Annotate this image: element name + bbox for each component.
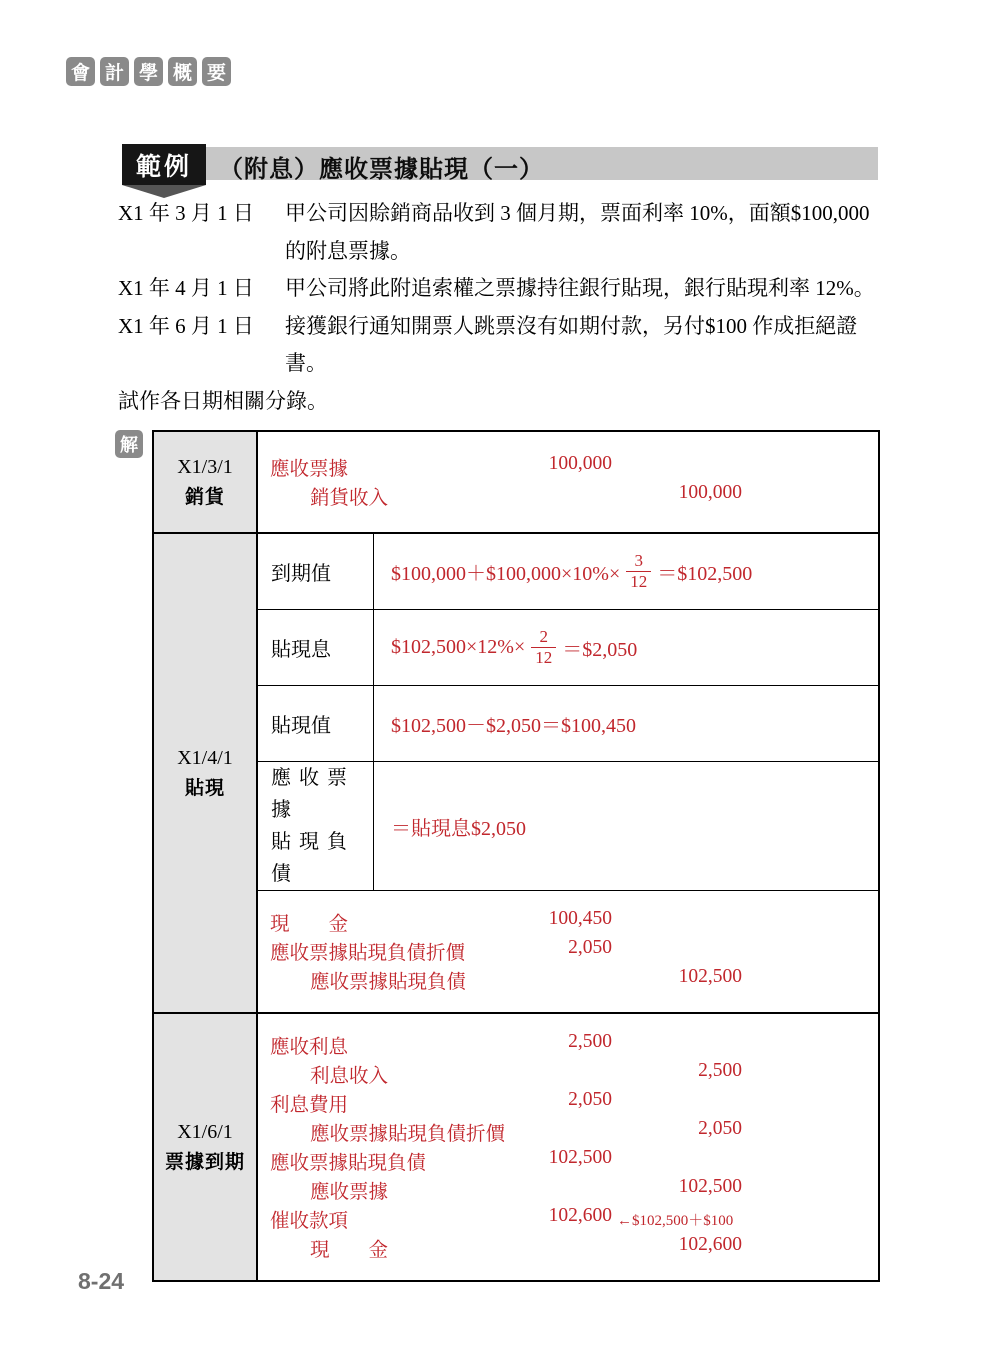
journal-credit: 102,600 (622, 1234, 742, 1256)
problem-text: 接獲銀行通知開票人跳票沒有如期付款，另付$100 作成拒絕證書。 (285, 308, 890, 383)
calc-label: 貼現息 (258, 610, 374, 685)
journal-account: 催收款項 (270, 1205, 348, 1233)
journal-account: 應收票據 (270, 453, 348, 481)
journal-line: 應收票據 100,000 (270, 453, 878, 482)
journal-line: 利息費用 2,050 (270, 1089, 878, 1118)
journal-account: 利息收入 (270, 1060, 388, 1088)
book-title-logo: 會 計 學 概 要 (66, 57, 231, 86)
fraction-numerator: 2 (535, 627, 552, 647)
journal-debit: 2,500 (492, 1031, 612, 1053)
formula-text: ＝貼現息$2,050 (391, 812, 526, 841)
journal-account: 現 金 (270, 1234, 388, 1262)
problem-text-line: 甲公司因賒銷商品收到 3 個月期，票面利率 10%，面額$100,000 (285, 201, 870, 225)
formula-text: ＝$2,050 (562, 633, 637, 662)
section-header: X1/3/1 銷貨 (154, 432, 258, 532)
solution-badge: 解 (115, 430, 143, 458)
journal-line: 現 金 102,600 (270, 1234, 878, 1263)
section-label: 銷貨 (185, 482, 225, 509)
problem-item: X1 年 3 月 1 日 甲公司因賒銷商品收到 3 個月期，票面利率 10%，面… (118, 195, 890, 270)
calc-row-maturity-value: 到期值 $100,000＋$100,000×10%× 312 ＝$102,500 (258, 534, 878, 610)
calc-label-text: 貼現值 (271, 709, 373, 738)
section-date: X1/3/1 (177, 456, 233, 479)
journal-credit: 2,500 (622, 1060, 742, 1082)
section-header: X1/4/1 貼現 (154, 534, 258, 1012)
problem-text-line: 書。 (285, 345, 890, 383)
fraction-denominator: 12 (531, 647, 556, 668)
calc-formula: $102,500×12%× 212 ＝$2,050 (374, 610, 878, 685)
journal-credit: 102,500 (622, 1176, 742, 1198)
problem-date: X1 年 4 月 1 日 (118, 270, 285, 308)
journal-line: 應收利息 2,500 (270, 1031, 878, 1060)
problem-statement: X1 年 3 月 1 日 甲公司因賒銷商品收到 3 個月期，票面利率 10%，面… (118, 195, 890, 421)
problem-item: X1 年 6 月 1 日 接獲銀行通知開票人跳票沒有如期付款，另付$100 作成… (118, 308, 890, 383)
section-body: 應收利息 2,500 利息收入 2,500 利息費用 2,050 應收票據貼現負… (258, 1014, 878, 1280)
calc-row-discount-liability: 應收票據 貼現負債 ＝貼現息$2,050 (258, 762, 878, 891)
problem-item: X1 年 4 月 1 日 甲公司將此附追索權之票據持往銀行貼現，銀行貼現利率 1… (118, 270, 890, 308)
journal-account: 應收票據貼現負債 (270, 1147, 426, 1175)
calc-formula: $102,500－$2,050＝$100,450 (374, 686, 878, 761)
section-date: X1/4/1 (177, 747, 233, 770)
book-title-char: 學 (134, 57, 163, 86)
journal-line: 銷貨收入 100,000 (270, 482, 878, 511)
journal-account: 應收票據 (270, 1176, 388, 1204)
fraction: 212 (531, 627, 556, 669)
journal-note: ←$102,500＋$100 (617, 1209, 733, 1230)
journal-account: 現 金 (270, 908, 348, 936)
journal-credit: 2,050 (622, 1118, 742, 1140)
problem-text-line: 甲公司將此附追索權之票據持往銀行貼現，銀行貼現利率 12%。 (285, 276, 875, 300)
problem-date: X1 年 6 月 1 日 (118, 308, 285, 383)
journal-line: 應收票據貼現負債 102,500 (270, 1147, 878, 1176)
book-title-char: 要 (202, 57, 231, 86)
journal-credit: 102,500 (622, 966, 742, 988)
calc-label: 貼現值 (258, 686, 374, 761)
journal-line: 現 金 100,450 (270, 908, 878, 937)
page-number: 8-24 (78, 1268, 124, 1295)
book-title-char: 計 (100, 57, 129, 86)
problem-text: 甲公司將此附追索權之票據持往銀行貼現，銀行貼現利率 12%。 (285, 270, 890, 308)
solution-table: X1/3/1 銷貨 應收票據 100,000 銷貨收入 100,000 X1/4… (152, 430, 880, 1282)
section-label: 貼現 (185, 773, 225, 800)
problem-text: 甲公司因賒銷商品收到 3 個月期，票面利率 10%，面額$100,000的附息票… (285, 195, 890, 270)
formula-text: $102,500－$2,050＝$100,450 (391, 709, 636, 738)
section-header: X1/6/1 票據到期 (154, 1014, 258, 1280)
journal-debit: 2,050 (492, 1089, 612, 1111)
journal-account: 應收票據貼現負債折價 (270, 1118, 505, 1146)
journal-line: 應收票據 102,500 (270, 1176, 878, 1205)
formula-text: ＝$102,500 (657, 557, 752, 586)
example-badge: 範例 (122, 144, 206, 185)
journal-line: 應收票據貼現負債折價 2,050 (270, 937, 878, 966)
journal-debit: 2,050 (492, 937, 612, 959)
journal-account: 應收票據貼現負債 (270, 966, 466, 994)
calc-label-text: 到期值 (271, 557, 373, 586)
journal-debit: 100,000 (492, 453, 612, 475)
journal-line: 催收款項 102,600 ←$102,500＋$100 (270, 1205, 878, 1234)
journal-entry: 現 金 100,450 應收票據貼現負債折價 2,050 應收票據貼現負債 10… (258, 891, 878, 1012)
journal-debit: 102,500 (492, 1147, 612, 1169)
calc-formula: ＝貼現息$2,050 (374, 762, 878, 890)
example-title: （附息）應收票據貼現（一） (219, 149, 544, 184)
calc-label: 應收票據 貼現負債 (258, 762, 374, 890)
journal-account: 應收利息 (270, 1031, 348, 1059)
journal-account: 利息費用 (270, 1089, 348, 1117)
calc-label: 到期值 (258, 534, 374, 609)
journal-line: 應收票據貼現負債 102,500 (270, 966, 878, 995)
section-label: 票據到期 (165, 1147, 245, 1174)
book-title-char: 概 (168, 57, 197, 86)
journal-entry: 應收利息 2,500 利息收入 2,500 利息費用 2,050 應收票據貼現負… (258, 1014, 878, 1280)
formula-text: $102,500×12%× (391, 636, 525, 659)
fraction-denominator: 12 (626, 571, 651, 592)
section-body: 到期值 $100,000＋$100,000×10%× 312 ＝$102,500… (258, 534, 878, 1012)
calc-row-discounted-value: 貼現值 $102,500－$2,050＝$100,450 (258, 686, 878, 762)
formula-text: $100,000＋$100,000×10%× (391, 557, 620, 586)
journal-account: 應收票據貼現負債折價 (270, 937, 465, 965)
section-body: 應收票據 100,000 銷貨收入 100,000 (258, 432, 878, 532)
book-title-char: 會 (66, 57, 95, 86)
calc-formula: $100,000＋$100,000×10%× 312 ＝$102,500 (374, 534, 878, 609)
problem-date: X1 年 3 月 1 日 (118, 195, 285, 270)
calc-label-text: 貼現息 (271, 633, 373, 662)
fraction: 312 (626, 551, 651, 593)
table-section-sale: X1/3/1 銷貨 應收票據 100,000 銷貨收入 100,000 (154, 432, 878, 532)
journal-entry: 應收票據 100,000 銷貨收入 100,000 (258, 432, 878, 532)
problem-text-line: 接獲銀行通知開票人跳票沒有如期付款，另付$100 作成拒絕證 (285, 314, 857, 338)
calc-label-text: 應收票據 (271, 762, 367, 826)
journal-debit: 102,600 (492, 1205, 612, 1227)
table-section-maturity: X1/6/1 票據到期 應收利息 2,500 利息收入 2,500 利息費用 2… (154, 1012, 878, 1280)
journal-account: 銷貨收入 (270, 482, 388, 510)
problem-instruction: 試作各日期相關分錄。 (118, 383, 890, 421)
journal-line: 應收票據貼現負債折價 2,050 (270, 1118, 878, 1147)
calc-row-discount-interest: 貼現息 $102,500×12%× 212 ＝$2,050 (258, 610, 878, 686)
problem-text-line: 的附息票據。 (285, 233, 890, 271)
calc-label-text: 貼現負債 (271, 826, 367, 890)
journal-credit: 100,000 (622, 482, 742, 504)
fraction-numerator: 3 (630, 551, 647, 571)
table-section-discount: X1/4/1 貼現 到期值 $100,000＋$100,000×10%× 312… (154, 532, 878, 1012)
section-date: X1/6/1 (177, 1121, 233, 1144)
journal-line: 利息收入 2,500 (270, 1060, 878, 1089)
journal-debit: 100,450 (492, 908, 612, 930)
